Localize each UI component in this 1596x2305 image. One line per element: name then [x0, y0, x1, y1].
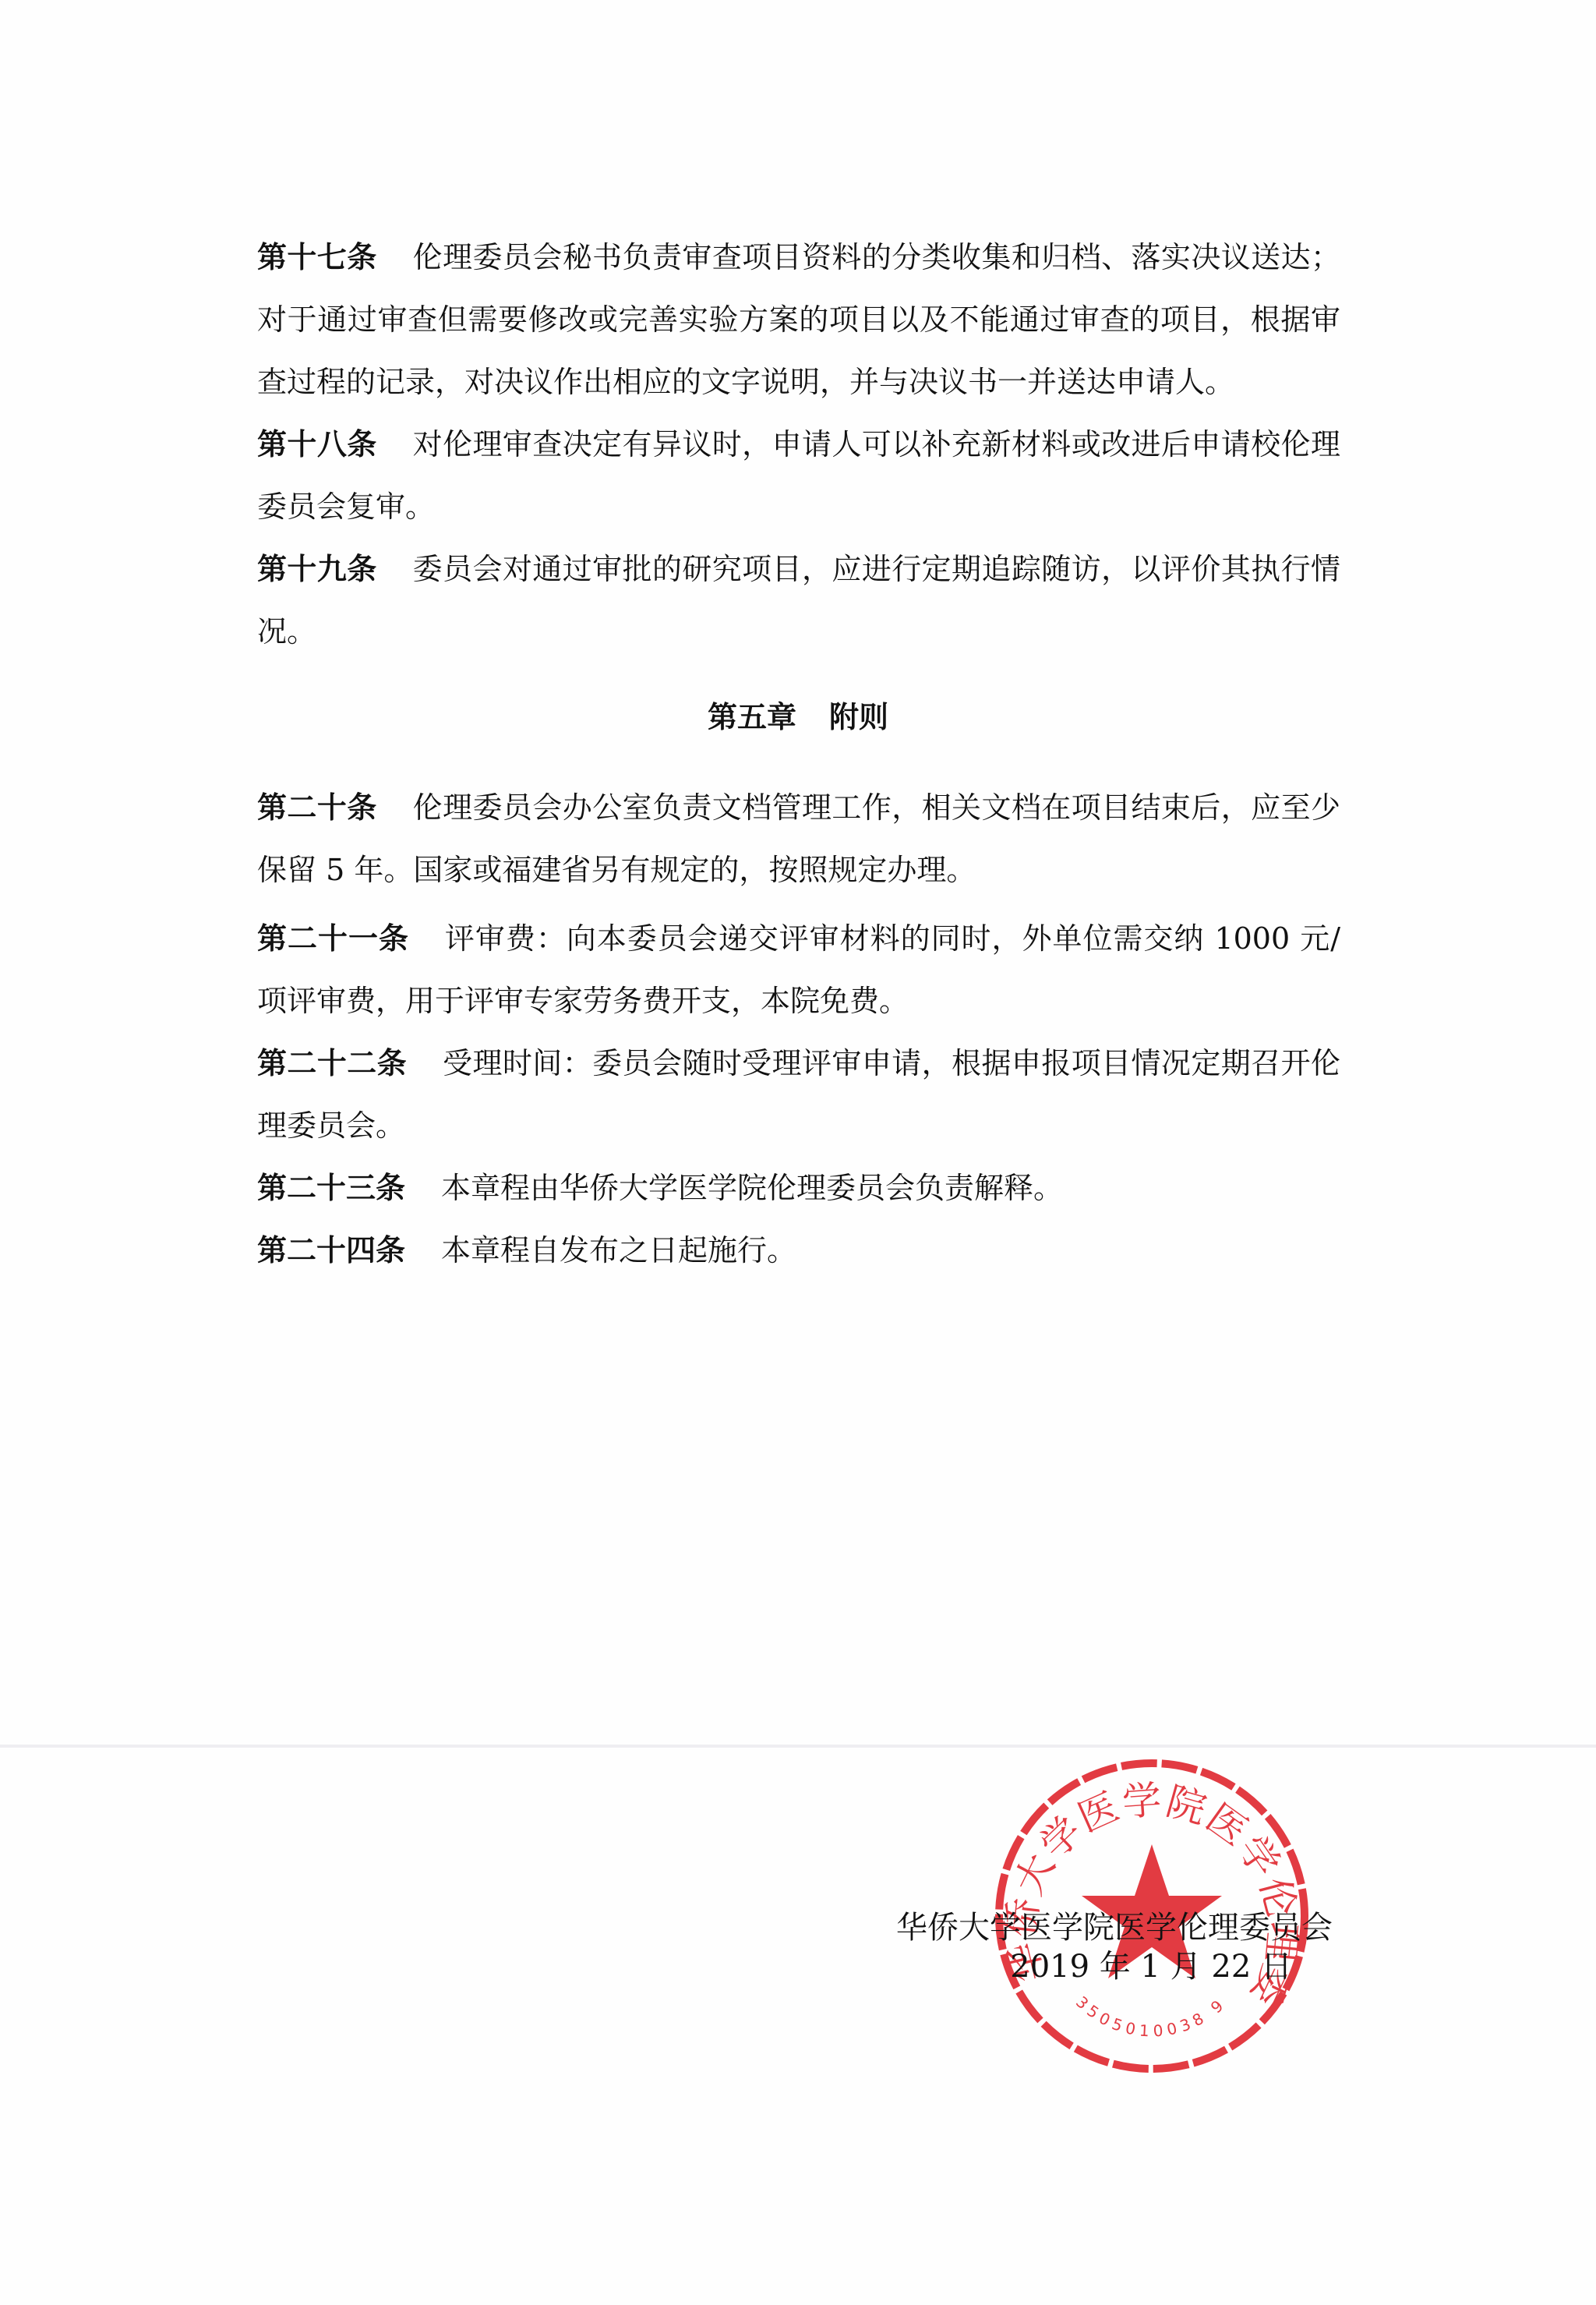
scan-artifact-line — [0, 1745, 1596, 1748]
article-text: 本章程自发布之日起施行。 — [441, 1233, 796, 1267]
chapter-number: 第五章 — [708, 700, 796, 734]
document-page: 第十七条伦理委员会秘书负责审查项目资料的分类收集和归档、落实决议送达；对于通过审… — [0, 0, 1596, 2305]
article-label: 第十九条 — [257, 552, 377, 586]
article-21: 第二十一条评审费：向本委员会递交评审材料的同时，外单位需交纳 1000 元/项评… — [257, 907, 1340, 1032]
article-24: 第二十四条本章程自发布之日起施行。 — [257, 1219, 1340, 1282]
chapter-heading: 第五章附则 — [0, 686, 1596, 748]
article-text: 本章程由华侨大学医学院伦理委员会负责解释。 — [441, 1171, 1063, 1205]
article-18: 第十八条对伦理审查决定有异议时，申请人可以补充新材料或改进后申请校伦理委员会复审… — [257, 413, 1340, 538]
article-23: 第二十三条本章程由华侨大学医学院伦理委员会负责解释。 — [257, 1157, 1340, 1219]
signature-organization: 华侨大学医学院医学伦理委员会 — [896, 1908, 1333, 1947]
article-label: 第二十一条 — [257, 921, 409, 956]
article-text: 伦理委员会办公室负责文档管理工作，相关文档在项目结束后，应至少保留 5 年。国家… — [257, 790, 1340, 887]
article-20: 第二十条伦理委员会办公室负责文档管理工作，相关文档在项目结束后，应至少保留 5 … — [257, 776, 1340, 901]
article-17: 第十七条伦理委员会秘书负责审查项目资料的分类收集和归档、落实决议送达；对于通过审… — [257, 226, 1340, 413]
article-22: 第二十二条受理时间：委员会随时受理评审申请，根据申报项目情况定期召开伦理委员会。 — [257, 1032, 1340, 1157]
signature-block: 华侨大学医学院医学伦理委员会 2019 年 1 月 22 日 — [896, 1908, 1333, 1986]
article-text: 伦理委员会秘书负责审查项目资料的分类收集和归档、落实决议送达；对于通过审查但需要… — [257, 240, 1340, 399]
articles-bottom: 第二十条伦理委员会办公室负责文档管理工作，相关文档在项目结束后，应至少保留 5 … — [257, 776, 1340, 1282]
article-label: 第二十四条 — [257, 1233, 405, 1267]
article-label: 第二十二条 — [257, 1046, 407, 1080]
article-text: 对伦理审查决定有异议时，申请人可以补充新材料或改进后申请校伦理委员会复审。 — [257, 427, 1340, 524]
article-text: 委员会对通过审批的研究项目，应进行定期追踪随访，以评价其执行情况。 — [257, 552, 1340, 649]
article-label: 第十八条 — [257, 427, 377, 461]
signature-date: 2019 年 1 月 22 日 — [896, 1947, 1333, 1986]
article-label: 第二十条 — [257, 790, 377, 825]
article-label: 第十七条 — [257, 240, 377, 274]
article-text: 受理时间：委员会随时受理评审申请，根据申报项目情况定期召开伦理委员会。 — [257, 1046, 1340, 1143]
article-label: 第二十三条 — [257, 1171, 405, 1205]
svg-text:3505010038 9: 3505010038 9 — [1072, 1992, 1231, 2041]
chapter-title: 附则 — [829, 700, 888, 734]
article-19: 第十九条委员会对通过审批的研究项目，应进行定期追踪随访，以评价其执行情况。 — [257, 538, 1340, 663]
articles-top: 第十七条伦理委员会秘书负责审查项目资料的分类收集和归档、落实决议送达；对于通过审… — [257, 226, 1340, 663]
article-text: 评审费：向本委员会递交评审材料的同时，外单位需交纳 1000 元/项评审费，用于… — [257, 921, 1340, 1018]
